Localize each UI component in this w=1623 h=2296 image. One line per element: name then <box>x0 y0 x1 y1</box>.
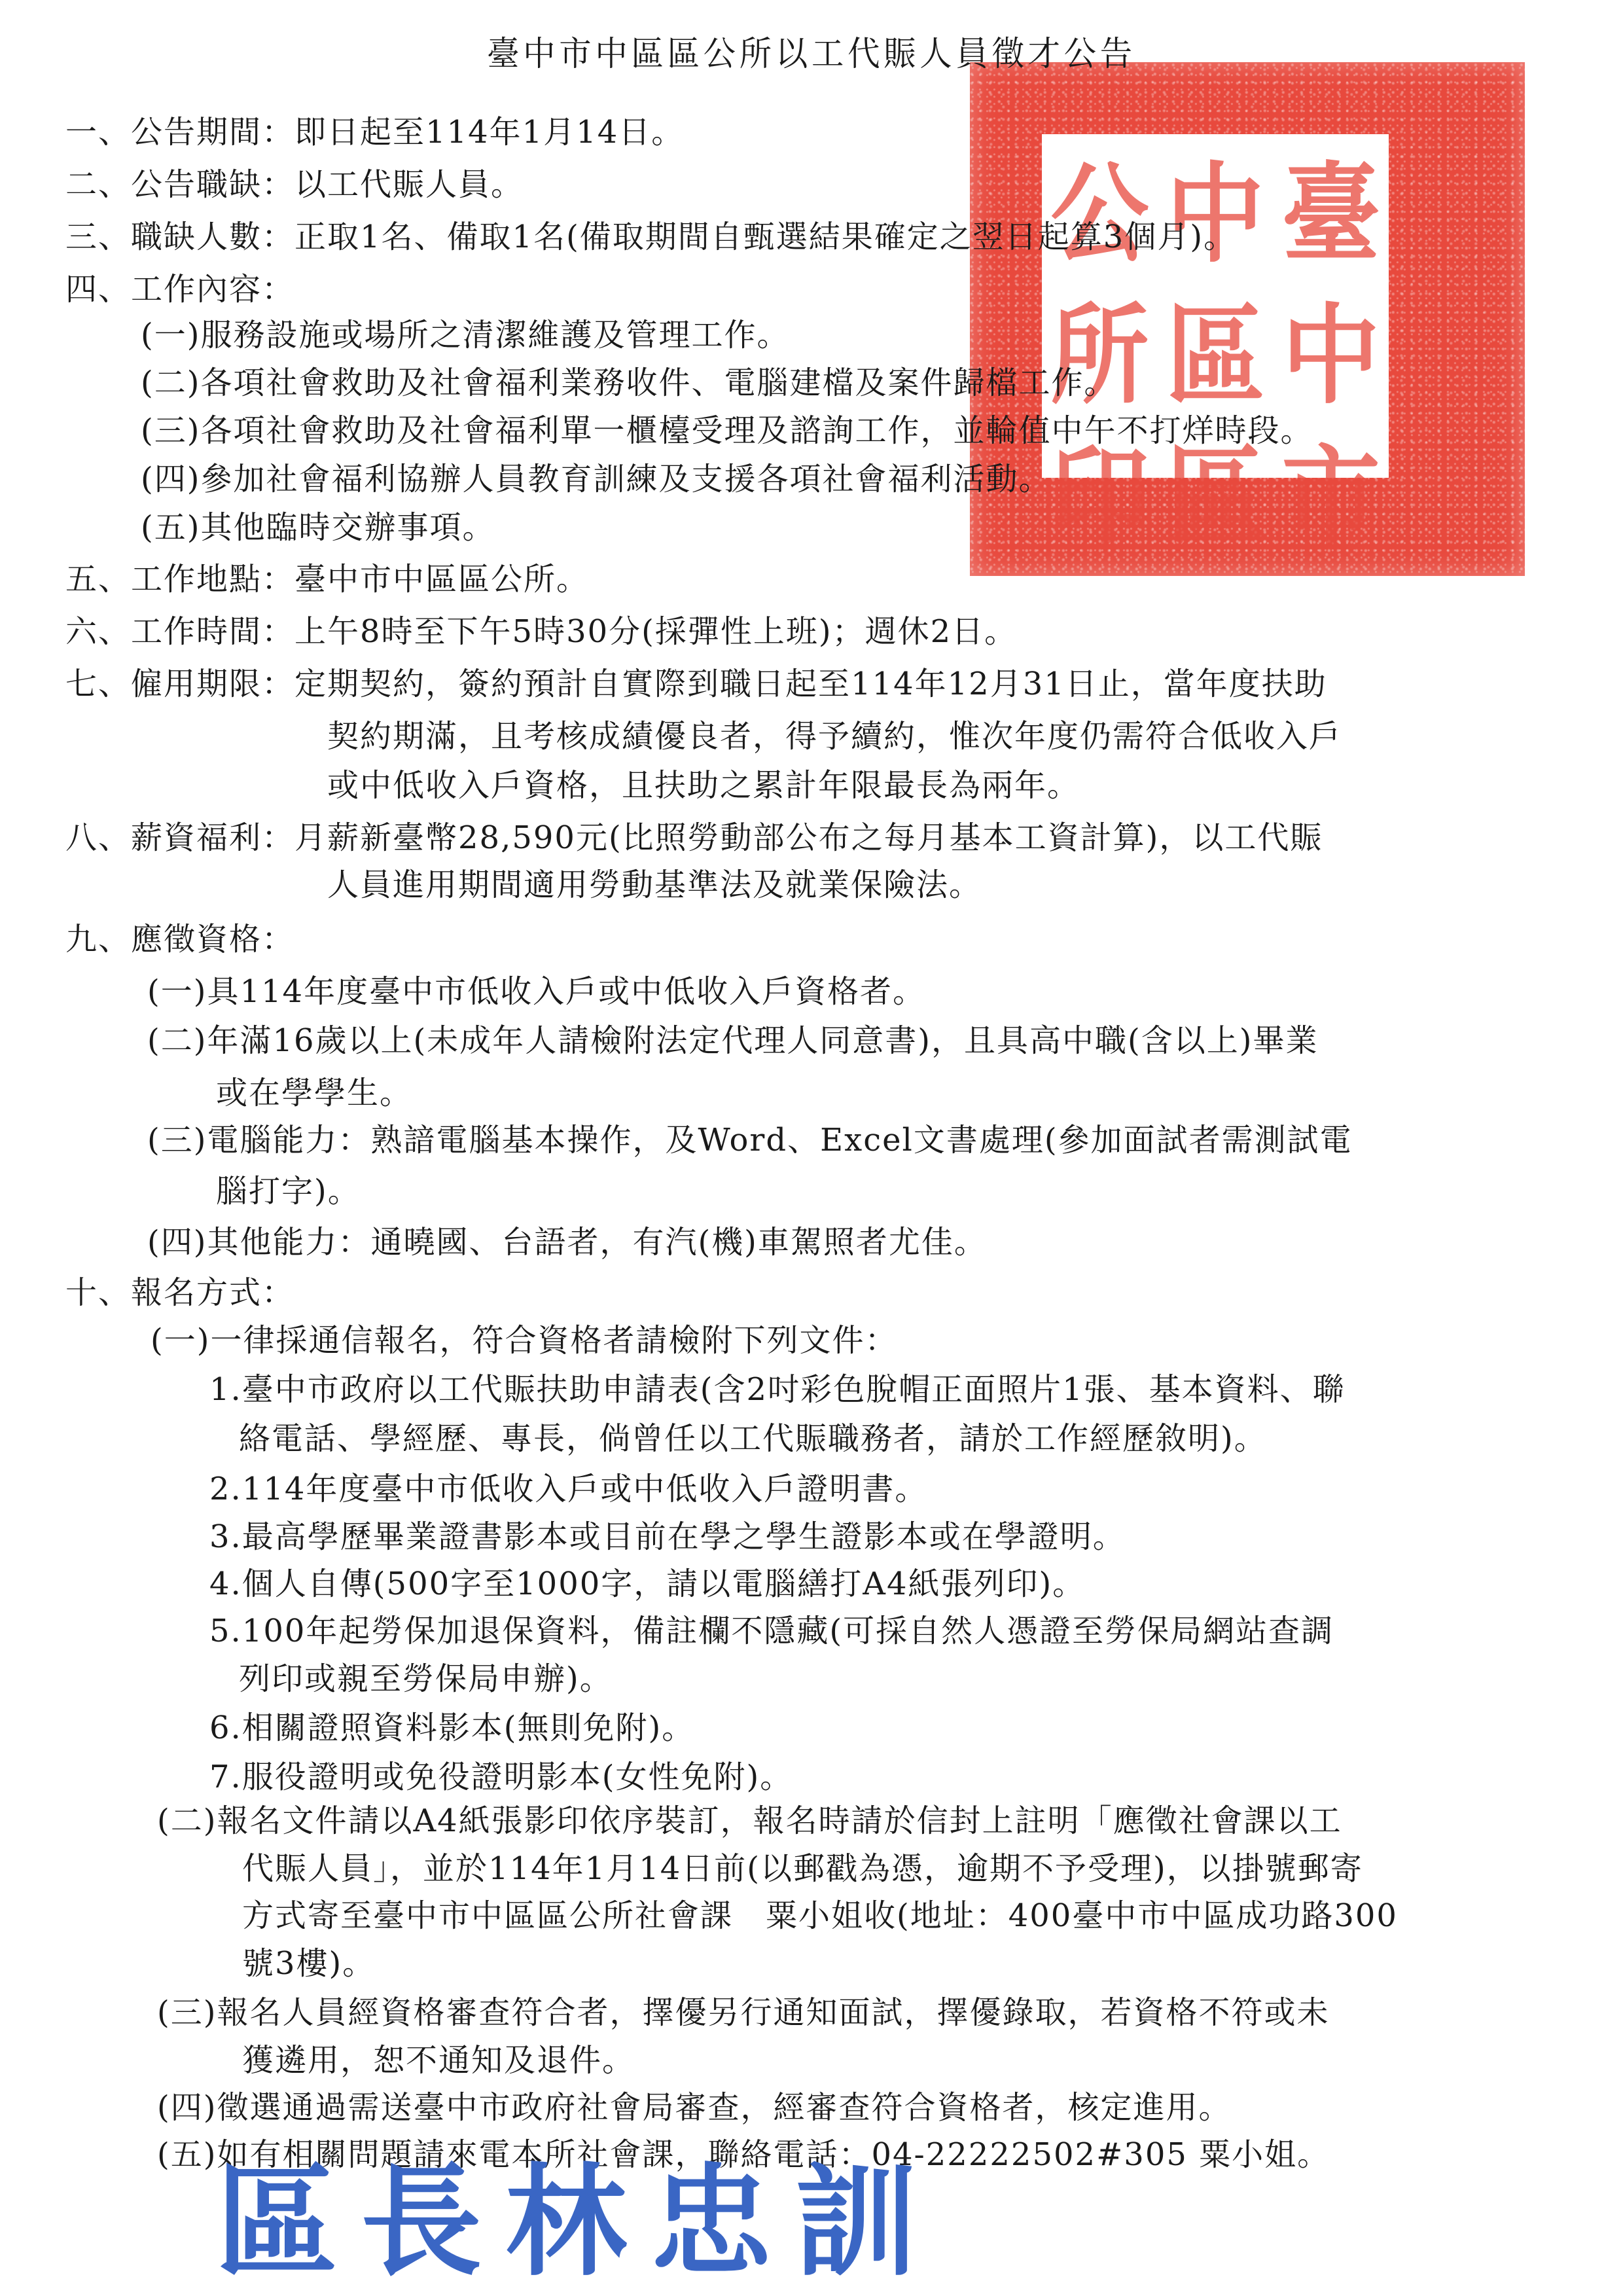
text-line-s10-2d: 號3樓)。 <box>242 1944 375 1983</box>
text-line-s10-4: (四)徵選通過需送臺中市政府社會局審查，經審查符合資格者，核定進用。 <box>157 2088 1231 2127</box>
text-line-s7-b: 契約期滿，且考核成績優良者，得予續約，惟次年度仍需符合低收入戶 <box>327 717 1342 756</box>
text-line-s10-3b: 獲遴用，恕不通知及退件。 <box>242 2041 635 2080</box>
text-line-s10-2: (二)報名文件請以A4紙張影印依序裝訂，報名時請於信封上註明「應徵社會課以工 <box>157 1801 1342 1840</box>
text-line-s10: 十、報名方式： <box>65 1273 294 1312</box>
text-line-s7-c: 或中低收入戶資格，且扶助之累計年限最長為兩年。 <box>327 766 1080 805</box>
signature-character: 訓 <box>795 2162 916 2283</box>
text-line-s9-2: (二)年滿16歲以上(未成年人請檢附法定代理人同意書)，且具高中職(含以上)畢業 <box>147 1021 1318 1060</box>
text-line-s10-1-6: 6.相關證照資料影本(無則免附)。 <box>209 1708 694 1748</box>
district-chief-signature-stamp: 區長林忠訓 <box>216 2160 916 2284</box>
text-line-s7: 七、僱用期限：定期契約，簽約預計自實際到職日起至114年12月31日止，當年度扶… <box>65 664 1327 704</box>
text-line-s10-1-2: 2.114年度臺中市低收入戶或中低收入戶證明書。 <box>209 1469 927 1509</box>
text-line-s2: 二、公告職缺：以工代賑人員。 <box>65 165 524 204</box>
signature-character: 林 <box>506 2162 627 2283</box>
official-seal: 臺中市中區區公所印 <box>970 62 1525 576</box>
text-line-s4-5: (五)其他臨時交辦事項。 <box>141 508 495 547</box>
seal-character: 中 <box>1273 268 1389 424</box>
text-line-s9-2b: 或在學學生。 <box>216 1073 412 1113</box>
text-line-s9-1: (一)具114年度臺中市低收入戶或中低收入戶資格者。 <box>147 972 925 1011</box>
announcement-page: 臺中市中區區公所以工代賑人員徵才公告 一、公告期間：即日起至114年1月14日。… <box>0 0 1623 2296</box>
seal-character: 中 <box>1158 127 1274 283</box>
seal-character: 區 <box>1158 268 1274 424</box>
text-line-s4-4: (四)參加社會福利協辦人員教育訓練及支援各項社會福利活動。 <box>141 459 1051 499</box>
text-line-s10-1-1b: 絡電話、學經歷、專長，倘曾任以工代賑職務者，請於工作經歷敘明)。 <box>239 1419 1267 1458</box>
text-line-s10-1-4: 4.個人自傳(500字至1000字，請以電腦繕打A4紙張列印)。 <box>209 1564 1085 1604</box>
text-line-s9-3b: 腦打字)。 <box>216 1172 361 1211</box>
text-line-s10-2c: 方式寄至臺中市中區區公所社會課 粟小姐收(地址：400臺中市中區成功路300 <box>242 1896 1398 1935</box>
text-line-s5: 五、工作地點：臺中市中區區公所。 <box>65 560 589 599</box>
signature-character: 忠 <box>651 2162 772 2283</box>
text-line-s4-2: (二)各項社會救助及社會福利業務收件、電腦建檔及案件歸檔工作。 <box>141 363 1116 403</box>
text-line-s6: 六、工作時間：上午8時至下午5時30分(採彈性上班)；週休2日。 <box>65 612 1017 651</box>
text-line-s10-1-5b: 列印或親至勞保局申辦)。 <box>239 1659 613 1698</box>
seal-character: 臺 <box>1273 127 1389 283</box>
text-line-s10-2b: 代賑人員」，並於114年1月14日前(以郵戳為憑，逾期不予受理)，以掛號郵寄 <box>242 1849 1363 1888</box>
text-line-s4-3: (三)各項社會救助及社會福利單一櫃檯受理及諮詢工作，並輪值中午不打烊時段。 <box>141 411 1313 450</box>
text-line-s8-b: 人員進用期間適用勞動基準法及就業保險法。 <box>327 865 982 905</box>
text-line-s10-1: (一)一律採通信報名，符合資格者請檢附下列文件： <box>151 1321 897 1360</box>
text-line-s9-3: (三)電腦能力：熟諳電腦基本操作，及Word、Excel文書處理(參加面試者需測… <box>147 1121 1353 1160</box>
text-line-s10-1-7: 7.服役證明或免役證明影本(女性免附)。 <box>209 1757 793 1797</box>
seal-character: 公 <box>1042 127 1158 283</box>
document-title: 臺中市中區區公所以工代賑人員徵才公告 <box>41 26 1582 75</box>
text-line-s4: 四、工作內容： <box>65 270 294 309</box>
text-line-s9-4: (四)其他能力：通曉國、台語者，有汽(機)車駕照者尤佳。 <box>147 1223 987 1262</box>
text-line-s9: 九、應徵資格： <box>65 920 294 959</box>
text-line-s1: 一、公告期間：即日起至114年1月14日。 <box>65 113 684 152</box>
text-line-s10-1-1: 1.臺中市政府以工代賑扶助申請表(含2吋彩色脫帽正面照片1張、基本資料、聯 <box>209 1370 1346 1409</box>
text-line-s8: 八、薪資福利：月薪新臺幣28,590元(比照勞動部公布之每月基本工資計算)，以工… <box>65 818 1323 857</box>
text-line-s10-1-3: 3.最高學歷畢業證書影本或目前在學之學生證影本或在學證明。 <box>209 1517 1126 1556</box>
text-line-s10-1-5: 5.100年起勞保加退保資料，備註欄不隱藏(可採自然人憑證至勞保局網站查調 <box>209 1611 1334 1651</box>
signature-character: 長 <box>361 2162 482 2283</box>
text-line-s10-3: (三)報名人員經資格審查符合者，擇優另行通知面試，擇優錄取，若資格不符或未 <box>157 1993 1329 2032</box>
text-line-s4-1: (一)服務設施或場所之清潔維護及管理工作。 <box>141 315 789 355</box>
text-line-s3: 三、職缺人數：正取1名、備取1名(備取期間自甄選結果確定之翌日起算3個月)。 <box>65 217 1236 257</box>
signature-character: 區 <box>216 2162 337 2283</box>
